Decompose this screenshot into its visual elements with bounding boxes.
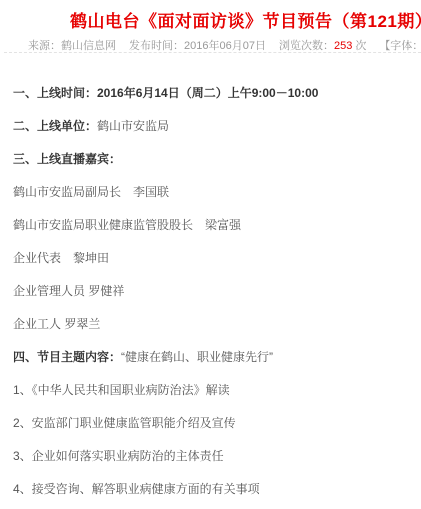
dashed-divider <box>4 52 421 53</box>
content-line-guest-4: 企业管理人员 罗健祥 <box>13 283 318 299</box>
views-label: 浏览次数： <box>279 40 334 52</box>
line-bold-text: 一、上线时间：2016年6月14日（周二）上午9:00－10:00 <box>13 86 318 100</box>
content-line-guest-5: 企业工人 罗翠兰 <box>13 316 318 332</box>
line-normal-text: 鹤山市安监局职业健康监管股股长 梁富强 <box>13 218 241 232</box>
line-normal-text: 3、企业如何落实职业病防治的主体责任 <box>13 449 224 463</box>
publish-date-value: 2016年06月07日 <box>184 40 266 52</box>
views-group: 浏览次数：253次 <box>279 40 366 52</box>
content-line-topic-1: 1、《中华人民共和国职业病防治法》解读 <box>13 382 318 398</box>
content-line-topic-2: 2、安监部门职业健康监管职能介绍及宣传 <box>13 415 318 431</box>
line-normal-text: “健康在鹤山、职业健康先行” <box>121 350 273 364</box>
page-title: 鹤山电台《面对面访谈》节目预告（第121期） <box>70 7 421 32</box>
article-content: 一、上线时间：2016年6月14日（周二）上午9:00－10:00 二、上线单位… <box>13 85 318 509</box>
font-size-control: 【字体：小大】 <box>379 40 421 52</box>
content-line-online-time: 一、上线时间：2016年6月14日（周二）上午9:00－10:00 <box>13 85 318 101</box>
publish-date-group: 发布时间：2016年06月07日 <box>129 40 266 52</box>
content-line-topic-3: 3、企业如何落实职业病防治的主体责任 <box>13 448 318 464</box>
content-line-guest-2: 鹤山市安监局职业健康监管股股长 梁富强 <box>13 217 318 233</box>
content-line-theme-header: 四、节目主题内容：“健康在鹤山、职业健康先行” <box>13 349 318 365</box>
line-normal-text: 2、安监部门职业健康监管职能介绍及宣传 <box>13 416 236 430</box>
line-bold-text: 二、上线单位： <box>13 119 97 133</box>
source-label: 来源： <box>28 40 61 52</box>
content-line-topic-4: 4、接受咨询、解答职业病健康方面的有关事项 <box>13 481 318 497</box>
content-line-guest-1: 鹤山市安监局副局长 李国联 <box>13 184 318 200</box>
line-bold-text: 三、上线直播嘉宾： <box>13 152 121 166</box>
content-line-guest-3: 企业代表 黎坤田 <box>13 250 318 266</box>
line-bold-text: 四、节目主题内容： <box>13 350 121 364</box>
line-normal-text: 企业代表 黎坤田 <box>13 251 109 265</box>
content-line-online-unit: 二、上线单位：鹤山市安监局 <box>13 118 318 134</box>
font-size-open-label: 【字体： <box>379 40 421 52</box>
meta-bar: 来源：鹤山信息网发布时间：2016年06月07日浏览次数：253次【字体：小大】… <box>28 37 421 53</box>
views-unit: 次 <box>355 40 366 52</box>
source-value: 鹤山信息网 <box>61 40 116 52</box>
line-normal-text: 鹤山市安监局 <box>97 119 169 133</box>
source-group: 来源：鹤山信息网 <box>28 40 116 52</box>
line-normal-text: 4、接受咨询、解答职业病健康方面的有关事项 <box>13 482 260 496</box>
line-normal-text: 鹤山市安监局副局长 李国联 <box>13 185 169 199</box>
line-normal-text: 1、《中华人民共和国职业病防治法》解读 <box>13 383 230 397</box>
line-normal-text: 企业管理人员 罗健祥 <box>13 284 124 298</box>
views-count: 253 <box>334 40 352 52</box>
article-page: 鹤山电台《面对面访谈》节目预告（第121期） 来源：鹤山信息网发布时间：2016… <box>0 0 421 509</box>
line-normal-text: 企业工人 罗翠兰 <box>13 317 100 331</box>
content-line-guests-header: 三、上线直播嘉宾： <box>13 151 318 167</box>
publish-date-label: 发布时间： <box>129 40 184 52</box>
